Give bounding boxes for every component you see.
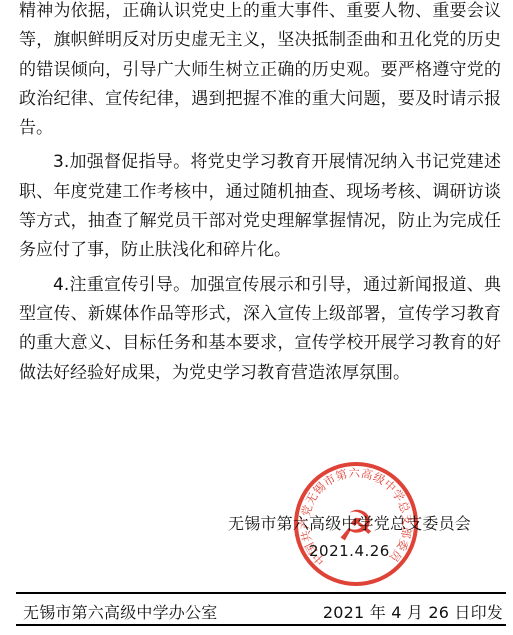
paragraph: 4.注重宣传引导。加强宣传展示和引导，通过新闻报道、典 型宣传、新媒体作品等形式…	[19, 271, 501, 388]
body-line: 的错误倾向，引导广大师生树立正确的历史观。要严格遵守党的	[19, 56, 501, 85]
paragraph: 精神为依据，正确认识党史上的重大事件、重要人物、重要会议 等，旗帜鲜明反对历史虚…	[19, 0, 501, 143]
body-line: 等，旗帜鲜明反对历史虚无主义，坚决抵制歪曲和丑化党的历史	[19, 26, 501, 55]
document-page: 精神为依据，正确认识党史上的重大事件、重要人物、重要会议 等，旗帜鲜明反对历史虚…	[0, 0, 513, 635]
paragraph: 3.加强督促指导。将党史学习教育开展情况纳入书记党建述 职、年度党建工作考核中，…	[19, 148, 501, 265]
body-line: 的重大意义、目标任务和基本要求，宣传学校开展学习教育的好	[19, 329, 501, 358]
signature-date: 2021.4.26	[309, 542, 390, 560]
body-line: 3.加强督促指导。将党史学习教育开展情况纳入书记党建述	[19, 148, 501, 177]
footer-print-date: 2021 年 4 月 26 日印发	[323, 600, 503, 623]
body-line: 4.注重宣传引导。加强宣传展示和引导，通过新闻报道、典	[19, 271, 501, 300]
body-line: 做法好经验好成果，为党史学习教育营造浓厚氛围。	[19, 359, 501, 388]
document-body: 精神为依据，正确认识党史上的重大事件、重要人物、重要会议 等，旗帜鲜明反对历史虚…	[19, 0, 501, 388]
body-line: 政治纪律、宣传纪律，遇到把握不准的重大问题，要及时请示报	[19, 85, 501, 114]
body-line: 告。	[19, 114, 501, 143]
footer-rule-bottom	[16, 624, 506, 626]
body-line: 务应付了事，防止肤浅化和碎片化。	[19, 236, 501, 265]
body-line: 型宣传、新媒体作品等形式，深入宣传上级部署，宣传学习教育	[19, 300, 501, 329]
body-line: 等方式，抽查了解党员干部对党史理解掌握情况，防止为完成任	[19, 207, 501, 236]
body-line: 职、年度党建工作考核中，通过随机抽查、现场考核、调研访谈	[19, 178, 501, 207]
signature-name: 无锡市第六高级中学党总支委员会	[228, 511, 471, 534]
footer-issuer: 无锡市第六高级中学办公室	[23, 600, 217, 623]
footer-rule-top	[16, 592, 506, 594]
body-line: 精神为依据，正确认识党史上的重大事件、重要人物、重要会议	[19, 0, 501, 26]
